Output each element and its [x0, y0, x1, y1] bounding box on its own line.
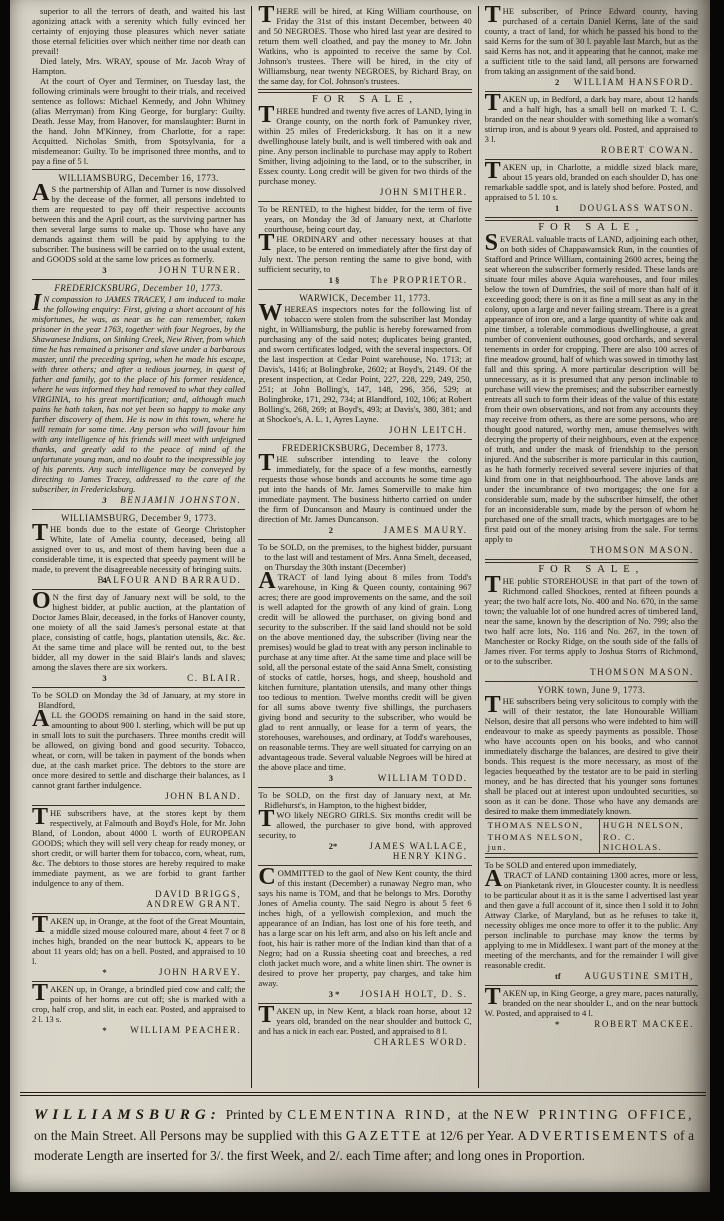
signature-name: HENRY KING.	[258, 851, 467, 861]
advert: THE subscribers have, at the stores kept…	[32, 805, 245, 910]
signature-name: AUGUSTINE SMITH,	[485, 971, 694, 981]
signature-name: BALFOUR AND BARRAUD.	[32, 575, 241, 585]
signature-name: DAVID BRIGGS,	[32, 889, 241, 899]
dropcap-letter: T	[32, 984, 50, 1003]
dropcap-letter: S	[485, 234, 500, 253]
article-dateline: FREDERICKSBURG, December 8, 1773.	[258, 442, 471, 454]
article-body: TAKEN up, in Charlotte, a middle sized b…	[485, 162, 698, 202]
signature-mark: 4	[102, 575, 106, 585]
signature-line: *WILLIAM PEACHER.	[32, 1024, 245, 1036]
dropcap-letter: T	[32, 524, 50, 543]
article-opening: To be SOLD, on the premises, to the high…	[258, 542, 471, 572]
dropcap-letter: T	[32, 808, 50, 827]
article-body: ATRACT of land lying about 8 miles from …	[258, 572, 471, 772]
advert: YORK town, June 9, 1773.THE subscribers …	[485, 681, 698, 854]
article-paragraph: At the court of Oyer and Terminer, on Tu…	[32, 76, 245, 166]
article-text: HE subscriber intending to leave the col…	[258, 454, 471, 524]
colophon: WILLIAMSBURG: Printed by CLEMENTINA RIND…	[20, 1092, 706, 1165]
signature-name: WILLIAM PEACHER.	[32, 1025, 241, 1035]
dropcap-letter: T	[258, 1006, 276, 1025]
printing-office-name: NEW PRINTING OFFICE,	[494, 1107, 694, 1122]
column-2: THERE will be hired, at King William cou…	[251, 6, 477, 1088]
dropcap-letter: A	[32, 184, 51, 203]
article-dateline: WILLIAMSBURG, December 16, 1773.	[32, 172, 245, 184]
article-text: S the partnership of Allan and Turner is…	[32, 184, 245, 264]
article-body: THE public STOREHOUSE in that part of th…	[485, 576, 698, 666]
article-body: WHEREAS inspectors notes for the followi…	[258, 304, 471, 424]
signature-name: THOMSON MASON.	[485, 667, 694, 677]
dropcap-letter: A	[258, 572, 277, 591]
signature-line: THOMSON MASON.	[485, 544, 698, 556]
advert: TAKEN up, in Charlotte, a middle sized b…	[485, 159, 698, 214]
article-text: LL the GOODS remaining on hand in the sa…	[32, 710, 245, 790]
article-body: SEVERAL valuable tracts of LAND, adjoini…	[485, 234, 698, 544]
advertisements-word: ADVERTISEMENTS	[518, 1128, 670, 1143]
article-body: THE subscribers have, at the stores kept…	[32, 808, 245, 888]
signature-name: BENJAMIN JOHNSTON.	[32, 495, 241, 505]
dropcap-letter: T	[258, 454, 276, 473]
article-body: TAKEN up, in Orange, at the foot of the …	[32, 916, 245, 966]
advert: COMMITTED to the gaol of New Kent county…	[258, 865, 471, 1000]
dropcap-letter: T	[32, 916, 50, 935]
dropcap-letter: T	[258, 810, 276, 829]
printer-name: CLEMENTINA RIND,	[287, 1107, 453, 1122]
article-dateline: WILLIAMSBURG, December 9, 1773.	[32, 512, 245, 524]
article-text: HE public STOREHOUSE in that part of the…	[485, 576, 698, 666]
article-text: HE subscribers have, at the stores kept …	[32, 808, 245, 888]
dropcap-letter: T	[258, 6, 276, 25]
column-3: THE subscriber, of Prince Edward county,…	[478, 6, 704, 1088]
article-paragraph: superior to all the terrors of death, an…	[32, 6, 245, 56]
signature-line: JOHN LEITCH.	[258, 424, 471, 436]
article-body: THE ORDINARY and other necessary houses …	[258, 234, 471, 274]
colophon-text: at 12/6 per Year.	[423, 1128, 518, 1143]
signature-line: 1 §The PROPRIETOR.	[258, 274, 471, 286]
advert: FOR SALE,THREE hundred and twenty five a…	[258, 89, 471, 198]
advert: TAKEN up, in Orange, a brindled pied cow…	[32, 981, 245, 1036]
signature-name: ROBERT MACKEE.	[485, 1019, 694, 1029]
article-text: TRACT of LAND containing 1300 acres, mor…	[485, 870, 698, 970]
article-text: HE ORDINARY and other necessary houses a…	[258, 234, 471, 274]
signature-name: JAMES WALLACE,	[258, 841, 467, 851]
article-dateline: YORK town, June 9, 1773.	[485, 684, 698, 696]
signature-line: DAVID BRIGGS,ANDREW GRANT.	[32, 888, 245, 910]
signature-mark: *	[102, 967, 106, 977]
advert: FREDERICKSBURG, December 10, 1773.IN com…	[32, 279, 245, 506]
signature-line: 4BALFOUR AND BARRAUD.	[32, 574, 245, 586]
signature-mark: *	[102, 1025, 106, 1035]
article-dateline: WARWICK, December 11, 1773.	[258, 292, 471, 304]
article-body: TWO likely NEGRO GIRLS. Six months credi…	[258, 810, 471, 840]
article-text: EVERAL valuable tracts of LAND, adjoinin…	[485, 234, 698, 544]
signature-mark: 1	[555, 203, 559, 213]
advert: TAKEN up, in King George, a grey mare, p…	[485, 985, 698, 1030]
signature-mark: 3 *	[329, 989, 340, 999]
article-heading: FOR SALE,	[485, 220, 698, 234]
article-text: OMMITTED to the gaol of New Kent county,…	[258, 868, 471, 988]
signature-line: THOMSON MASON.	[485, 666, 698, 678]
signature-name: JOHN TURNER.	[32, 265, 241, 275]
signature-name: JOHN BLAND.	[32, 791, 241, 801]
signature-line: tfAUGUSTINE SMITH,	[485, 970, 698, 982]
article-body: THE subscriber intending to leave the co…	[258, 454, 471, 524]
advert: FOR SALE,THE public STOREHOUSE in that p…	[485, 559, 698, 678]
colophon-text: at the	[453, 1107, 494, 1122]
article-body: THREE hundred and twenty five acres of L…	[258, 106, 471, 186]
advert: WILLIAMSBURG, December 9, 1773.THE bonds…	[32, 509, 245, 586]
article-body: THE subscribers being very solicitous to…	[485, 696, 698, 816]
article-text: AKEN up, in Bedford, a dark bay mare, ab…	[485, 94, 698, 144]
signature-line: *JOHN HARVEY.	[32, 966, 245, 978]
article-text: HE bonds due to the estate of George Chr…	[32, 524, 245, 574]
column-1: superior to all the terrors of death, an…	[26, 6, 251, 1088]
signature-line: 2*JAMES WALLACE,HENRY KING.	[258, 840, 471, 862]
advert: FOR SALE,SEVERAL valuable tracts of LAND…	[485, 217, 698, 556]
article-body: TAKEN up, in New Kent, a black roan hors…	[258, 1006, 471, 1036]
article-text: AKEN up, in King George, a grey mare, pa…	[485, 988, 698, 1018]
signature-line: 2WILLIAM HANSFORD.	[485, 76, 698, 88]
signature-mark: 3	[102, 495, 106, 505]
signature-name: C. BLAIR.	[32, 673, 241, 683]
advert: FREDERICKSBURG, December 8, 1773.THE sub…	[258, 439, 471, 536]
signature-mark: 3	[329, 773, 333, 783]
dropcap-letter: C	[258, 868, 277, 887]
signature-line: 3BENJAMIN JOHNSTON.	[32, 494, 245, 506]
dropcap-letter: A	[485, 870, 504, 889]
article-body: ALL the GOODS remaining on hand in the s…	[32, 710, 245, 790]
article-body: THERE will be hired, at King William cou…	[258, 6, 471, 86]
signature-line: ROBERT COWAN.	[485, 144, 698, 156]
signature-line: 3C. BLAIR.	[32, 672, 245, 684]
newspaper-page: superior to all the terrors of death, an…	[10, 0, 710, 1192]
article-heading: FOR SALE,	[485, 562, 698, 576]
signature-name: JOSIAH HOLT, D. S.	[258, 989, 467, 999]
signature-mark: 1 §	[329, 275, 340, 285]
signature-mark: 2	[329, 525, 333, 535]
advert: WILLIAMSBURG, December 16, 1773.AS the p…	[32, 169, 245, 276]
advert: ON the first day of January next will be…	[32, 589, 245, 684]
signature-name: THOMAS NELSON,	[485, 819, 600, 831]
dropcap-letter: T	[485, 988, 503, 1007]
article-text: HE subscriber, of Prince Edward county, …	[485, 6, 698, 76]
article-dateline: FREDERICKSBURG, December 10, 1773.	[32, 282, 245, 294]
signature-name: ANDREW GRANT.	[32, 899, 241, 909]
advert: WARWICK, December 11, 1773.WHEREAS inspe…	[258, 289, 471, 436]
colophon-place: WILLIAMSBURG:	[34, 1107, 221, 1123]
advert: To be SOLD, on the first day of January …	[258, 787, 471, 862]
advert: superior to all the terrors of death, an…	[32, 6, 245, 166]
signature-name: CHARLES WORD.	[258, 1037, 467, 1047]
signature-mark: *	[555, 1019, 559, 1029]
dropcap-letter: I	[32, 294, 43, 313]
signature-line: JOHN BLAND.	[32, 790, 245, 802]
advert: TAKEN up, in New Kent, a black roan hors…	[258, 1003, 471, 1048]
article-text: AKEN up, in Orange, a brindled pied cow …	[32, 984, 245, 1024]
gazette-name: GAZETTE	[346, 1128, 423, 1143]
signature-line: 3WILLIAM TODD.	[258, 772, 471, 784]
article-text: HE subscribers being very solicitous to …	[485, 696, 698, 816]
article-body: TAKEN up, in Bedford, a dark bay mare, a…	[485, 94, 698, 144]
article-text: N compassion to JAMES TRACEY, I am induc…	[32, 294, 245, 494]
article-body: COMMITTED to the gaol of New Kent county…	[258, 868, 471, 988]
article-opening: To be SOLD, on the first day of January …	[258, 790, 471, 810]
signature-name: DOUGLASS WATSON.	[485, 203, 694, 213]
signature-name: JOHN HARVEY.	[32, 967, 241, 977]
advert: To be SOLD on Monday the 3d of January, …	[32, 687, 245, 802]
article-body: TAKEN up, in Orange, a brindled pied cow…	[32, 984, 245, 1024]
article-text: TRACT of land lying about 8 miles from T…	[258, 572, 471, 772]
dropcap-letter: T	[485, 696, 503, 715]
signature-name: JAMES MAURY.	[258, 525, 467, 535]
signature-line: 1DOUGLASS WATSON.	[485, 202, 698, 214]
advert: To be RENTED, to the highest bidder, for…	[258, 201, 471, 286]
dropcap-letter: A	[32, 710, 51, 729]
advert: TAKEN up, in Orange, at the foot of the …	[32, 913, 245, 978]
dropcap-letter: O	[32, 592, 53, 611]
article-body: ATRACT of LAND containing 1300 acres, mo…	[485, 870, 698, 970]
signature-line: *ROBERT MACKEE.	[485, 1018, 698, 1030]
signature-mark: 2*	[329, 841, 338, 851]
signature-name: JOHN LEITCH.	[258, 425, 467, 435]
signature-line: CHARLES WORD.	[258, 1036, 471, 1048]
advert: TAKEN up, in Bedford, a dark bay mare, a…	[485, 91, 698, 156]
article-opening: To be RENTED, to the highest bidder, for…	[258, 204, 471, 234]
signature-mark: 3	[102, 265, 106, 275]
signature-name: JOHN SMITHER.	[258, 187, 467, 197]
signature-line: JOHN SMITHER.	[258, 186, 471, 198]
signature-name: RO. C. NICHOLAS.	[600, 831, 698, 853]
signature-name: The PROPRIETOR.	[258, 275, 467, 285]
columns-container: superior to all the terrors of death, an…	[10, 0, 710, 1088]
signature-name: HUGH NELSON,	[600, 819, 698, 831]
article-body: ON the first day of January next will be…	[32, 592, 245, 672]
article-heading: FOR SALE,	[258, 92, 471, 106]
article-text: AKEN up, in Orange, at the foot of the G…	[32, 916, 245, 966]
article-body: THE subscriber, of Prince Edward county,…	[485, 6, 698, 76]
article-body: IN compassion to JAMES TRACEY, I am indu…	[32, 294, 245, 494]
article-text: AKEN up, in New Kent, a black roan horse…	[258, 1006, 471, 1036]
advert: THERE will be hired, at King William cou…	[258, 6, 471, 86]
article-opening: To be SOLD on Monday the 3d of January, …	[32, 690, 245, 710]
article-text: N the first day of January next will be …	[32, 592, 245, 672]
advert: To be SOLD and entered upon immediately,…	[485, 857, 698, 982]
article-body: TAKEN up, in King George, a grey mare, p…	[485, 988, 698, 1018]
signature-line: 2JAMES MAURY.	[258, 524, 471, 536]
colophon-text: on the Main Street. All Persons may be s…	[34, 1128, 346, 1143]
signature-name: THOMSON MASON.	[485, 545, 694, 555]
signature-mark: tf	[555, 971, 561, 981]
advert: To be SOLD, on the premises, to the high…	[258, 539, 471, 784]
signature-grid: THOMAS NELSON,HUGH NELSON,THOMAS NELSON,…	[485, 818, 698, 854]
signature-line: 3 *JOSIAH HOLT, D. S.	[258, 988, 471, 1000]
signature-name: ROBERT COWAN.	[485, 145, 694, 155]
dropcap-letter: T	[485, 94, 503, 113]
signature-line: 3JOHN TURNER.	[32, 264, 245, 276]
article-opening: To be SOLD and entered upon immediately,	[485, 860, 698, 870]
article-body: AS the partnership of Allan and Turner i…	[32, 184, 245, 264]
article-text: HREE hundred and twenty five acres of LA…	[258, 106, 471, 186]
dropcap-letter: T	[485, 6, 503, 25]
article-text: HEREAS inspectors notes for the followin…	[258, 304, 471, 424]
dropcap-letter: T	[485, 576, 503, 595]
article-text: AKEN up, in Charlotte, a middle sized bl…	[485, 162, 698, 202]
article-text: HERE will be hired, at King William cour…	[258, 6, 471, 86]
article-paragraph: Died lately, Mrs. WRAY, spouse of Mr. Ja…	[32, 56, 245, 76]
dropcap-letter: T	[485, 162, 503, 181]
article-text: WO likely NEGRO GIRLS. Six months credit…	[258, 810, 471, 840]
signature-mark: 2	[555, 77, 559, 87]
signature-mark: 3	[102, 673, 106, 683]
advert: THE subscriber, of Prince Edward county,…	[485, 6, 698, 88]
signature-name: WILLIAM HANSFORD.	[485, 77, 694, 87]
signature-name: WILLIAM TODD.	[258, 773, 467, 783]
dropcap-letter: T	[258, 106, 276, 125]
dropcap-letter: W	[258, 304, 284, 323]
signature-name: THOMAS NELSON, jun.	[485, 831, 600, 853]
dropcap-letter: T	[258, 234, 276, 253]
article-body: THE bonds due to the estate of George Ch…	[32, 524, 245, 574]
colophon-text: Printed by	[221, 1107, 288, 1122]
